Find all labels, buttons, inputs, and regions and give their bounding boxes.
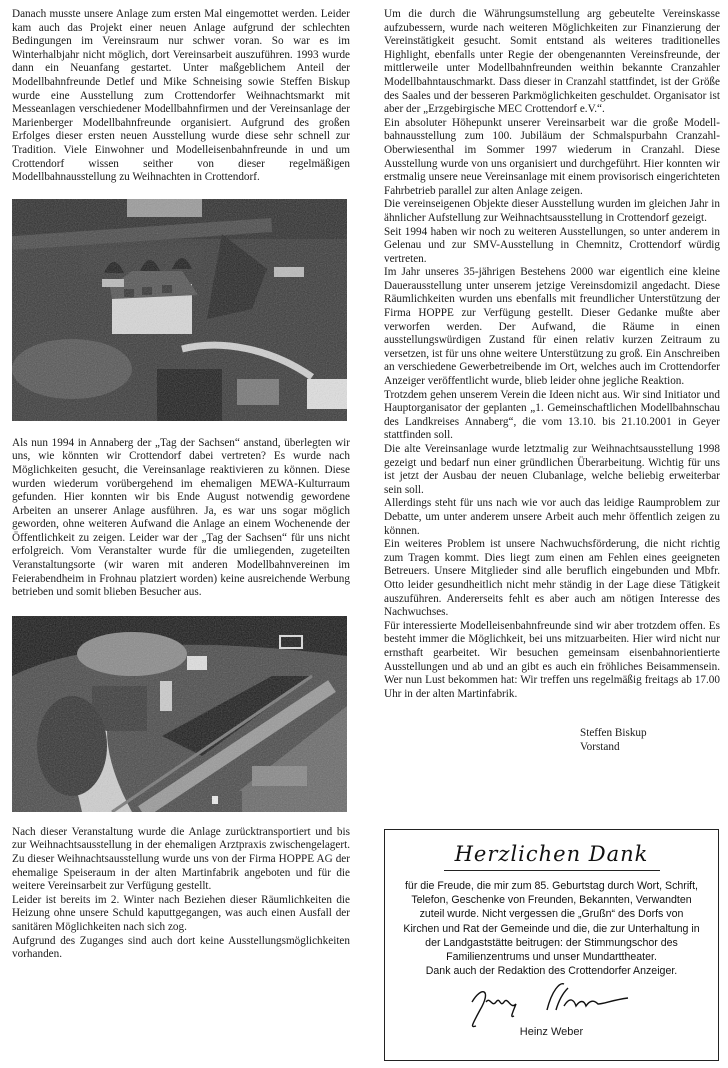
- photo-model-railway-station: [12, 199, 347, 421]
- paragraph: Als nun 1994 in Annaberg der „Tag der Sa…: [12, 437, 350, 600]
- photo-model-railway-yard: [12, 616, 347, 812]
- left-column: Danach musste unsere Anlage zum ersten M…: [12, 8, 350, 962]
- paragraph: Seit 1994 haben wir noch zu weiteren Aus…: [384, 226, 720, 267]
- notice-line: der Landgaststätte beitrugen: der Stimmu…: [391, 936, 712, 950]
- author-name: Steffen Biskup: [580, 727, 720, 741]
- notice-line: für die Freude, die mir zum 85. Geburtst…: [391, 879, 712, 893]
- notice-body: für die Freude, die mir zum 85. Geburtst…: [385, 879, 718, 978]
- signer-name: Heinz Weber: [385, 1026, 718, 1038]
- paragraph: Nach dieser Veranstaltung wurde die Anla…: [12, 826, 350, 894]
- paragraph: Im Jahr unseres 35-jährigen Bestehens 20…: [384, 266, 720, 388]
- notice-line: Familienzentrums und unser Mundarttheate…: [391, 950, 712, 964]
- photo-image: [12, 199, 347, 421]
- paragraph: Ein weiteres Problem ist unsere Nachwuch…: [384, 538, 720, 620]
- author-signature-block: Steffen Biskup Vorstand: [580, 727, 720, 754]
- handwritten-signature-icon: [385, 980, 718, 1030]
- title-divider: [444, 870, 660, 871]
- paragraph: Aufgrund des Zuganges sind auch dort kei…: [12, 935, 350, 962]
- paragraph: Die alte Vereinsanlage wurde letztmalig …: [384, 443, 720, 497]
- paragraph: Danach musste unsere Anlage zum ersten M…: [12, 8, 350, 185]
- paragraph: Um die durch die Währungsumstellung arg …: [384, 8, 720, 117]
- author-role: Vorstand: [580, 741, 720, 755]
- notice-line: Dank auch der Redaktion des Crottendorfe…: [391, 964, 712, 978]
- right-column: Um die durch die Währungsumstellung arg …: [384, 8, 720, 754]
- paragraph: Allerdings steht für uns nach wie vor au…: [384, 497, 720, 538]
- paragraph: Für interessierte Modelleisenbahnfreunde…: [384, 620, 720, 702]
- thank-you-notice: Herzlichen Dank für die Freude, die mir …: [384, 829, 719, 1061]
- notice-line: Telefon, Geschenke von Freunden, Bekannt…: [391, 893, 712, 907]
- paragraph: Ein absoluter Höhepunkt unserer Vereinsa…: [384, 117, 720, 199]
- paragraph: Die vereinseigenen Objekte dieser Ausste…: [384, 198, 720, 225]
- notice-title: Herzlichen Dank: [385, 842, 718, 866]
- paragraph: Leider ist bereits im 2. Winter nach Bez…: [12, 894, 350, 935]
- newspaper-page: Danach musste unsere Anlage zum ersten M…: [0, 0, 728, 1068]
- notice-line: Kirchen und Rat der Gemeinde und die, di…: [391, 922, 712, 936]
- paragraph: Trotzdem gehen unserem Verein die Ideen …: [384, 389, 720, 443]
- photo-image: [12, 616, 347, 812]
- notice-line: zuteil wurde. Nicht vergessen die „Grußn…: [391, 907, 712, 921]
